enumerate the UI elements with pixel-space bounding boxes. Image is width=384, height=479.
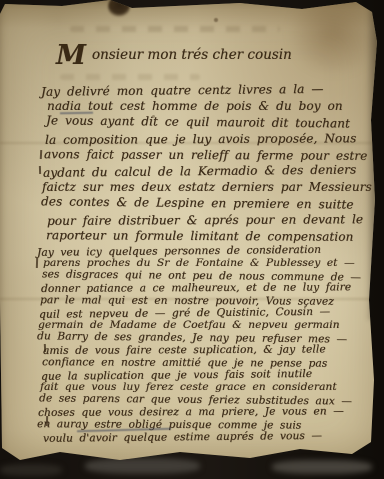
paper-stain — [282, 0, 384, 72]
manuscript-line: la composition que je luy avois proposée… — [45, 130, 374, 148]
manuscript-line: Je vous ayant dit ce quil mauroit dit to… — [46, 113, 374, 133]
margin-tick — [46, 416, 48, 426]
margin-tick — [40, 150, 42, 159]
manuscript-line: aydant du calcul de la Kermadio & des de… — [43, 161, 374, 181]
backdrop-highlight — [85, 458, 200, 474]
paragraph-1: Jay delivré mon quatre centz livres a la… — [44, 82, 374, 244]
manuscript-line: pour faire distribuer & aprés pour en de… — [47, 211, 374, 229]
manuscript-paper: Monsieur mon trés cher cousin Jay delivr… — [0, 0, 384, 468]
ink-bleedthrough — [70, 26, 280, 32]
salutation-text: onsieur mon trés cher cousin — [92, 47, 292, 63]
manuscript-line: donner patiance a ce malheureux, et de n… — [41, 281, 374, 295]
manuscript-line: voulu d'avoir quelque estime auprés de v… — [43, 429, 374, 445]
ink-blot — [108, 0, 130, 18]
photo-backdrop: Monsieur mon trés cher cousin Jay delivr… — [0, 0, 384, 479]
manuscript-line: raporteur un formule limitant de compens… — [46, 227, 374, 245]
paper-spot — [214, 18, 218, 22]
paragraph-2: Jay veu icy quelques personnes de consid… — [40, 245, 374, 444]
margin-tick — [36, 258, 38, 268]
manuscript-line: amis de vous faire ceste suplication, & … — [43, 343, 374, 357]
ink-bleedthrough — [60, 74, 200, 80]
backdrop-highlight — [272, 460, 372, 474]
backdrop-highlight — [0, 464, 62, 476]
margin-tick — [39, 166, 41, 174]
salutation-initial: M — [56, 40, 85, 71]
salutation-line: Monsieur mon trés cher cousin — [56, 40, 292, 71]
manuscript-line: Jay delivré mon quatre centz livres a la… — [41, 80, 374, 100]
